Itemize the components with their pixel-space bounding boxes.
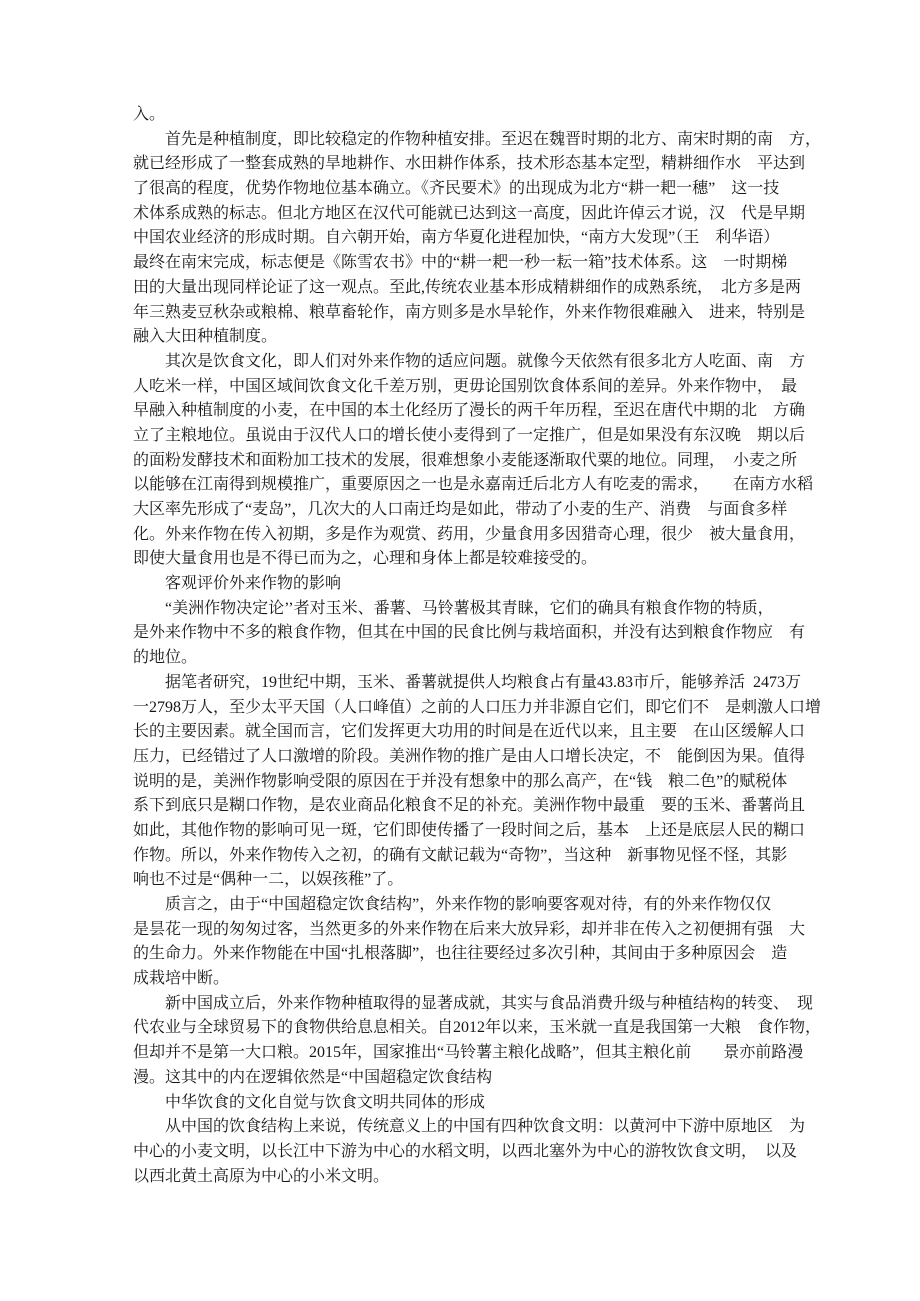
text-line: 的地位。 <box>133 646 833 671</box>
text-line: 中华饮食的文化自觉与饮食文明共同体的形成 <box>133 1091 833 1116</box>
text-line: 作物。所以，外来作物传入之初，的确有文献记载为“奇物”，当这种 新事物见怪不怪，… <box>133 844 833 869</box>
text-line: 入。 <box>133 103 833 128</box>
text-line: 年三熟麦豆秋杂或粮棉、粮草畜轮作，南方则多是水旱轮作，外来作物很难融入 进来，特… <box>133 301 833 326</box>
text-line: 质言之，由于“中国超稳定饮食结构”，外来作物的影响要客观对待，有的外来作物仅仅 <box>133 893 833 918</box>
text-line: 田的大量出现同样论证了这一观点。至此,传统农业基本形成精耕细作的成熟系统， 北方… <box>133 276 833 301</box>
text-line: 漫。这其中的内在逻辑依然是“中国超稳定饮食结构 <box>133 1066 833 1091</box>
text-line: 就已经形成了一整套成熟的旱地耕作、水田耕作体系，技术形态基本定型，精耕细作水 平… <box>133 152 833 177</box>
text-line: 是昙花一现的匆匆过客，当然更多的外来作物在后来大放异彩，却并非在传入之初便拥有强… <box>133 918 833 943</box>
text-line: 如此，其他作物的影响可见一斑，它们即使传播了一段时间之后，基本 上还是底层人民的… <box>133 819 833 844</box>
text-line: 立了主粮地位。虽说由于汉代人口的增长使小麦得到了一定推广，但是如果没有东汉晚 期… <box>133 424 833 449</box>
text-line: 大区率先形成了“麦岛”，几次大的人口南迁均是如此，带动了小麦的生产、消费 与面食… <box>133 498 833 523</box>
text-line: 的生命力。外来作物能在中国“扎根落脚”，也往往要经过多次引种，其间由于多种原因会… <box>133 942 833 967</box>
text-line: 长的主要因素。就全国而言，它们发挥更大功用的时间是在近代以来，且主要 在山区缓解… <box>133 720 833 745</box>
text-line: 最终在南宋完成，标志便是《陈雪农书》中的“耕一耙一秒一耘一箱”技术体系。这 一时… <box>133 251 833 276</box>
text-line: 融入大田种植制度。 <box>133 325 833 350</box>
text-line: 其次是饮食文化，即人们对外来作物的适应问题。就像今天依然有很多北方人吃面、南 方 <box>133 350 833 375</box>
text-line: 了很高的程度，优势作物地位基本确立。《齐民要术》的出现成为北方“耕一耙一穗” 这… <box>133 177 833 202</box>
text-line: 术体系成熟的标志。但北方地区在汉代可能就已达到这一高度，因此许倬云才说，汉 代是… <box>133 202 833 227</box>
text-line: 以能够在江南得到规模推广，重要原因之一也是永嘉南迁后北方人有吃麦的需求， 在南方… <box>133 473 833 498</box>
text-line: 代农业与全球贸易下的食物供给息息相关。自2012年以来，玉米就一直是我国第一大粮… <box>133 1016 833 1041</box>
text-line: 响也不过是“偶种一二，以娱孩稚”了。 <box>133 868 833 893</box>
text-line: 以西北黄土高原为中心的小米文明。 <box>133 1165 833 1190</box>
text-line: 系下到底只是糊口作物，是农业商品化粮食不足的补充。美洲作物中最重 要的玉米、番薯… <box>133 794 833 819</box>
text-line: 早融入种植制度的小麦，在中国的本土化经历了漫长的两千年历程，至迟在唐代中期的北 … <box>133 399 833 424</box>
text-line: 人吃米一样，中国区域间饮食文化千差万别，更毋论国别饮食体系间的差异。外来作物中，… <box>133 375 833 400</box>
text-line: 首先是种植制度，即比较稳定的作物种植安排。至迟在魏晋时期的北方、南宋时期的南 方… <box>133 128 833 153</box>
text-line: 成栽培中断。 <box>133 967 833 992</box>
text-line: 即使大量食用也是不得已而为之，心理和身体上都是较难接受的。 <box>133 547 833 572</box>
text-line: “美洲作物决定论’’者对玉米、番薯、马铃薯极其青睐，它们的确具有粮食作物的特质， <box>133 597 833 622</box>
text-line: 从中国的饮食结构上来说，传统意义上的中国有四种饮食文明：以黄河中下游中原地区 为 <box>133 1115 833 1140</box>
text-line: 据笔者研究，19世纪中期，玉米、番薯就提供人均粮食占有量43.83市斤，能够养活… <box>133 671 833 696</box>
text-line: 化。外来作物在传入初期，多是作为观赏、药用，少量食用多因猎奇心理，很少 被大量食… <box>133 523 833 548</box>
text-line: 新中国成立后，外来作物种植取得的显著成就，其实与食品消费升级与种植结构的转变、 … <box>133 992 833 1017</box>
text-line: 压力，已经错过了人口激增的阶段。美洲作物的推广是由人口增长决定，不 能倒因为果。… <box>133 745 833 770</box>
text-line: 一2798万人，至少太平天国（人口峰值）之前的人口压力并非源自它们，即它们不 是… <box>133 696 833 721</box>
text-line: 中国农业经济的形成时期。自六朝开始，南方华夏化进程加快，“南方大发现”（王 利华… <box>133 226 833 251</box>
text-line: 客观评价外来作物的影响 <box>133 572 833 597</box>
text-line: 说明的是，美洲作物影响受限的原因在于并没有想象中的那么高产，在“钱 粮二色”的赋… <box>133 770 833 795</box>
text-line: 中心的小麦文明，以长江中下游为中心的水稻文明，以西北塞外为中心的游牧饮食文明， … <box>133 1140 833 1165</box>
text-line: 但却并不是第一大口粮。2015年，国家推出“马铃薯主粮化战略”，但其主粮化前 景… <box>133 1041 833 1066</box>
text-line: 的面粉发酵技术和面粉加工技术的发展，很难想象小麦能逐渐取代粟的地位。同理， 小麦… <box>133 449 833 474</box>
text-line: 是外来作物中不多的粮食作物，但其在中国的民食比例与栽培面积，并没有达到粮食作物应… <box>133 621 833 646</box>
document-page: 入。 首先是种植制度，即比较稳定的作物种植安排。至迟在魏晋时期的北方、南宋时期的… <box>133 103 833 1189</box>
